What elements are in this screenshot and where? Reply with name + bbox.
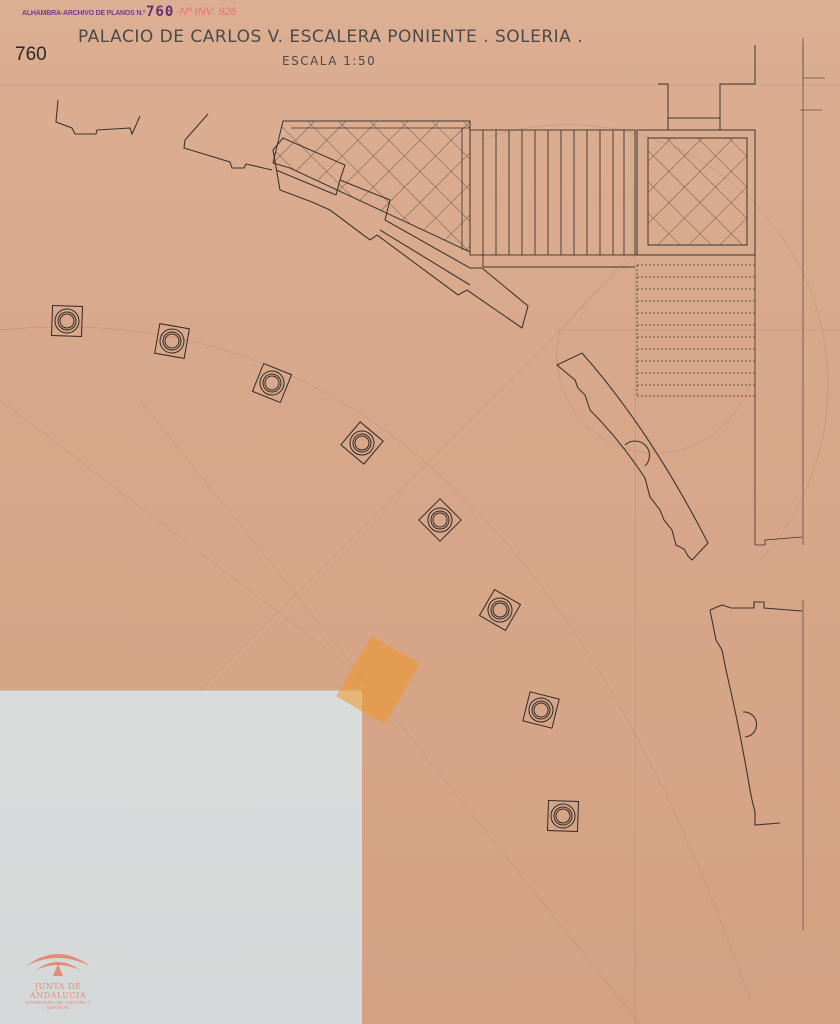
column-5 [419,499,461,541]
logo-arches-icon [18,946,98,976]
logo-name: JUNTA DE ANDALUCIA [18,982,98,1000]
logo-subtitle: CONSEJERÍA DE CULTURA Y DEPORTE [18,1000,98,1010]
upper-wall [56,100,272,170]
curved-wall-lower [710,602,802,825]
drawing-sheet: ALHAMBRA-ARCHIVO DE PLANOS N.º 760 -Nº I… [0,0,840,1024]
landing-tiled-right [637,45,755,255]
column-6 [480,590,521,631]
stair-treads-lower [635,255,802,545]
landing-tiled-left [273,121,470,252]
column-1 [51,305,82,336]
plan-number: 760 [15,44,47,66]
column-7 [523,692,559,728]
curved-wall-middle [557,353,708,560]
drawing-scale: ESCALA 1:50 [282,54,376,68]
column-3 [252,363,291,402]
right-edge-lines [800,38,825,930]
archive-number: 760 [146,4,174,20]
column-4 [341,422,383,464]
stair-treads-center [470,130,635,267]
junta-andalucia-logo: JUNTA DE ANDALUCIA CONSEJERÍA DE CULTURA… [18,946,98,1010]
inventory-note: -Nº INV. 926 [176,6,237,18]
archive-stamp: ALHAMBRA-ARCHIVO DE PLANOS N.º [22,10,145,17]
drawing-title: PALACIO DE CARLOS V. ESCALERA PONIENTE .… [78,27,583,47]
column-2 [155,324,190,359]
column-8 [547,800,578,831]
